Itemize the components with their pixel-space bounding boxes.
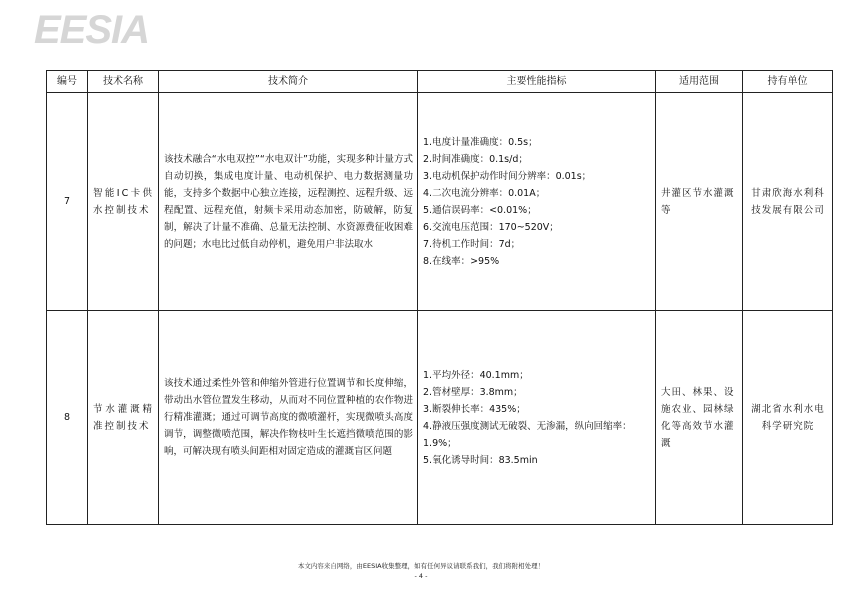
row-number: 7	[47, 93, 88, 311]
perf-item: 6.交流电压范围：170~520V；	[423, 219, 651, 236]
header-tech-intro: 技术简介	[159, 71, 418, 93]
table-row: 8 节水灌溉精准控制技术 该技术通过柔性外管和伸缩外管进行位置调节和长度伸缩，带…	[47, 311, 833, 525]
tech-intro: 该技术融合“水电双控”“水电双计”功能，实现多种计量方式自动切换，集成电度计量、…	[164, 151, 413, 253]
perf-item: 7.待机工作时间：7d；	[423, 236, 651, 253]
perf-item: 8.在线率：>95%	[423, 253, 651, 270]
footer-notice: 本文内容来自网络，由EESIA收集整理，如有任何异议请联系我们，我们将附相处理！	[0, 561, 842, 571]
perf-item: 4.二次电流分辨率：0.01A；	[423, 185, 651, 202]
perf-item: 3.断裂伸长率：435%；	[423, 401, 651, 418]
header-owner: 持有单位	[743, 71, 833, 93]
eesia-logo: EESIA	[34, 8, 149, 53]
tech-name: 节水灌溉精准控制技术	[93, 401, 154, 435]
perf-item: 1.平均外径：40.1mm；	[423, 367, 651, 384]
header-number: 编号	[47, 71, 88, 93]
scope: 大田、林果、设施农业、园林绿化等高效节水灌溉	[661, 384, 738, 452]
perf-item: 2.管材壁厚：3.8mm；	[423, 384, 651, 401]
perf-item: 2.时间准确度：0.1s/d；	[423, 151, 651, 168]
technology-table: 编号 技术名称 技术简介 主要性能指标 适用范围 持有单位 7 智能IC卡供水控…	[46, 70, 833, 525]
tech-intro: 该技术通过柔性外管和伸缩外管进行位置调节和长度伸缩，带动出水管位置发生移动，从而…	[164, 375, 413, 460]
table-row: 7 智能IC卡供水控制技术 该技术融合“水电双控”“水电双计”功能，实现多种计量…	[47, 93, 833, 311]
perf-item: 4.静液压强度测试无破裂、无渗漏，纵向回缩率：1.9%；	[423, 418, 651, 452]
header-performance: 主要性能指标	[418, 71, 656, 93]
header-scope: 适用范围	[656, 71, 743, 93]
scope: 井灌区节水灌溉等	[661, 185, 738, 219]
page-footer: 本文内容来自网络，由EESIA收集整理，如有任何异议请联系我们，我们将附相处理！…	[0, 561, 842, 581]
perf-item: 1.电度计量准确度：0.5s；	[423, 134, 651, 151]
row-number: 8	[47, 311, 88, 525]
perf-item: 3.电动机保护动作时间分辨率：0.01s；	[423, 168, 651, 185]
table-header-row: 编号 技术名称 技术简介 主要性能指标 适用范围 持有单位	[47, 71, 833, 93]
perf-item: 5.氧化诱导时间：83.5min	[423, 452, 651, 469]
page-number: - 4 -	[0, 571, 842, 581]
tech-name: 智能IC卡供水控制技术	[93, 185, 154, 219]
owner: 甘肃欣海水利科技发展有限公司	[748, 185, 828, 219]
owner: 湖北省水利水电科学研究院	[748, 401, 828, 435]
perf-item: 5.通信误码率：<0.01%；	[423, 202, 651, 219]
header-tech-name: 技术名称	[88, 71, 159, 93]
